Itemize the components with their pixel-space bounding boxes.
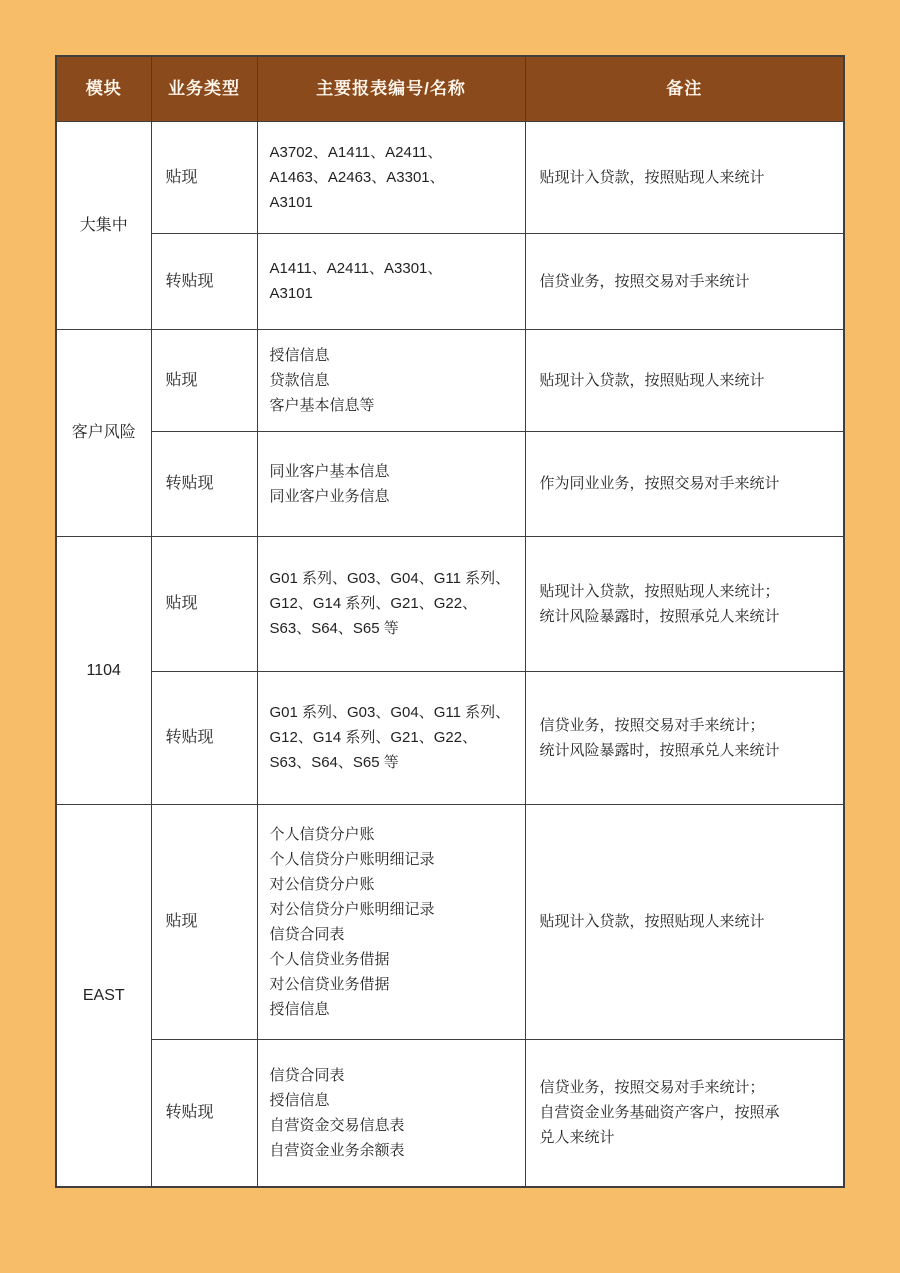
- col-header-business-type: 业务类型: [151, 56, 257, 121]
- report-mapping-table: 模块 业务类型 主要报表编号/名称 备注 大集中 贴现 A3702、A1411、…: [55, 55, 845, 1188]
- note-cell: 信贷业务，按照交易对手来统计: [525, 233, 844, 329]
- module-cell-east: EAST: [56, 804, 151, 1187]
- col-header-report-names: 主要报表编号/名称: [257, 56, 525, 121]
- table-row: 1104 贴现 G01 系列、G03、G04、G11 系列、G12、G14 系列…: [56, 536, 844, 671]
- business-type-cell: 转贴现: [151, 431, 257, 536]
- business-type-cell: 贴现: [151, 804, 257, 1039]
- page-background: 模块 业务类型 主要报表编号/名称 备注 大集中 贴现 A3702、A1411、…: [0, 0, 900, 1273]
- business-type-cell: 贴现: [151, 329, 257, 431]
- table-row: EAST 贴现 个人信贷分户账 个人信贷分户账明细记录 对公信贷分户账 对公信贷…: [56, 804, 844, 1039]
- business-type-cell: 贴现: [151, 536, 257, 671]
- module-cell-kehufengxian: 客户风险: [56, 329, 151, 536]
- table-row: 转贴现 信贷合同表 授信信息 自营资金交易信息表 自营资金业务余额表 信贷业务，…: [56, 1039, 844, 1187]
- col-header-module: 模块: [56, 56, 151, 121]
- module-cell-dajizhong: 大集中: [56, 121, 151, 329]
- reports-cell: 同业客户基本信息 同业客户业务信息: [257, 431, 525, 536]
- table-row: 转贴现 同业客户基本信息 同业客户业务信息 作为同业业务，按照交易对手来统计: [56, 431, 844, 536]
- note-cell: 信贷业务，按照交易对手来统计； 统计风险暴露时，按照承兑人来统计: [525, 671, 844, 804]
- reports-cell: A3702、A1411、A2411、 A1463、A2463、A3301、 A3…: [257, 121, 525, 233]
- header-row: 模块 业务类型 主要报表编号/名称 备注: [56, 56, 844, 121]
- table-row: 转贴现 G01 系列、G03、G04、G11 系列、G12、G14 系列、G21…: [56, 671, 844, 804]
- col-header-remarks: 备注: [525, 56, 844, 121]
- note-cell: 贴现计入贷款，按照贴现人来统计: [525, 121, 844, 233]
- reports-cell: G01 系列、G03、G04、G11 系列、G12、G14 系列、G21、G22…: [257, 536, 525, 671]
- business-type-cell: 贴现: [151, 121, 257, 233]
- business-type-cell: 转贴现: [151, 671, 257, 804]
- business-type-cell: 转贴现: [151, 1039, 257, 1187]
- note-cell: 作为同业业务，按照交易对手来统计: [525, 431, 844, 536]
- note-cell: 贴现计入贷款，按照贴现人来统计: [525, 329, 844, 431]
- note-cell: 贴现计入贷款，按照贴现人来统计； 统计风险暴露时，按照承兑人来统计: [525, 536, 844, 671]
- module-cell-1104: 1104: [56, 536, 151, 804]
- note-cell: 信贷业务，按照交易对手来统计； 自营资金业务基础资产客户，按照承 兑人来统计: [525, 1039, 844, 1187]
- business-type-cell: 转贴现: [151, 233, 257, 329]
- reports-cell: G01 系列、G03、G04、G11 系列、G12、G14 系列、G21、G22…: [257, 671, 525, 804]
- reports-cell: 个人信贷分户账 个人信贷分户账明细记录 对公信贷分户账 对公信贷分户账明细记录 …: [257, 804, 525, 1039]
- table-row: 大集中 贴现 A3702、A1411、A2411、 A1463、A2463、A3…: [56, 121, 844, 233]
- note-cell: 贴现计入贷款，按照贴现人来统计: [525, 804, 844, 1039]
- reports-cell: 授信信息 贷款信息 客户基本信息等: [257, 329, 525, 431]
- reports-cell: A1411、A2411、A3301、 A3101: [257, 233, 525, 329]
- table-row: 转贴现 A1411、A2411、A3301、 A3101 信贷业务，按照交易对手…: [56, 233, 844, 329]
- reports-cell: 信贷合同表 授信信息 自营资金交易信息表 自营资金业务余额表: [257, 1039, 525, 1187]
- table-row: 客户风险 贴现 授信信息 贷款信息 客户基本信息等 贴现计入贷款，按照贴现人来统…: [56, 329, 844, 431]
